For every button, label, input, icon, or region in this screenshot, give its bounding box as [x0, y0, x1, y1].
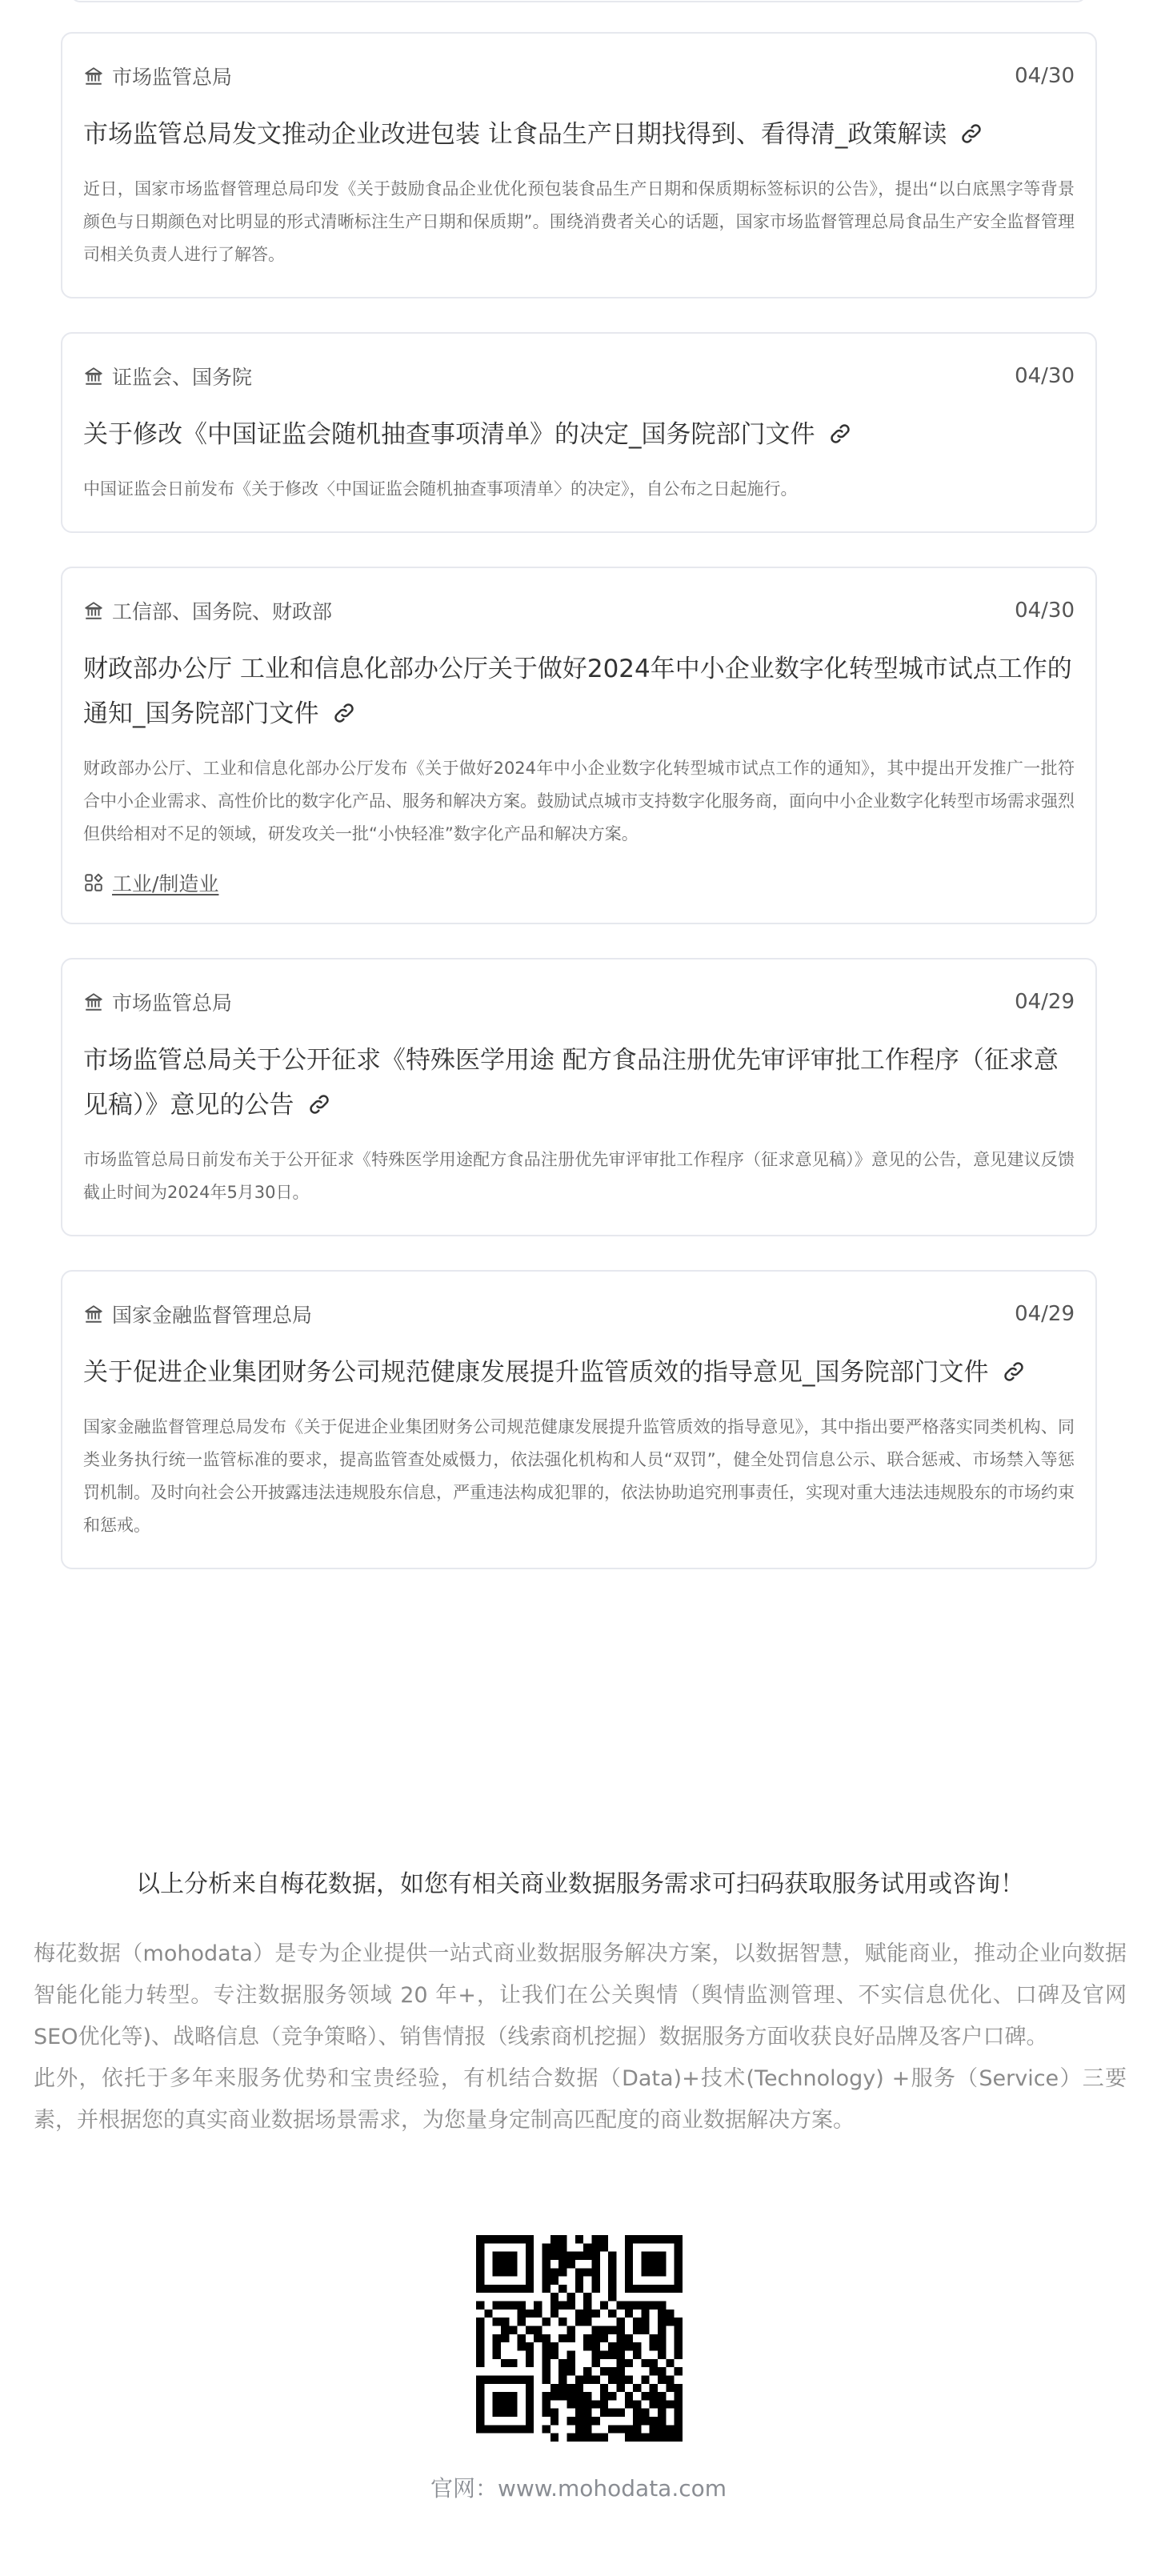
news-date: 04/30	[1015, 599, 1075, 623]
news-source: 市场监管总局	[83, 988, 232, 1016]
news-card: 证监会、国务院 04/30 关于修改《中国证监会随机抽查事项清单》的决定_国务院…	[61, 332, 1097, 533]
news-source: 工信部、国务院、财政部	[83, 596, 332, 625]
news-card: 市场监管总局 04/29 市场监管总局关于公开征求《特殊医学用途 配方食品注册优…	[61, 958, 1097, 1236]
news-title-link[interactable]: 关于修改《中国证监会随机抽查事项清单》的决定_国务院部门文件	[83, 412, 1075, 457]
bank-icon	[83, 1304, 104, 1324]
bank-icon	[83, 366, 104, 387]
link-icon[interactable]	[828, 422, 852, 446]
news-date: 04/29	[1015, 990, 1075, 1014]
qr-code	[476, 2235, 683, 2442]
news-title: 市场监管总局关于公开征求《特殊医学用途 配方食品注册优先审评审批工作程序（征求意…	[83, 1046, 1059, 1120]
news-date: 04/30	[1015, 64, 1075, 88]
news-summary: 中国证监会日前发布《关于修改〈中国证监会随机抽查事项清单〉的决定》，自公布之日起…	[83, 473, 1075, 506]
bank-icon	[83, 600, 104, 621]
source-label: 证监会、国务院	[112, 362, 252, 391]
footer: 以上分析来自梅花数据，如您有相关商业数据服务需求可扫码获取服务试用或咨询！ 梅花…	[34, 1865, 1127, 2141]
news-title-link[interactable]: 关于促进企业集团财务公司规范健康发展提升监管质效的指导意见_国务院部门文件	[83, 1350, 1075, 1395]
news-date: 04/30	[1015, 364, 1075, 388]
news-source: 证监会、国务院	[83, 362, 252, 391]
industry-tag[interactable]: 工业/制造业	[83, 868, 1075, 897]
footer-body: 梅花数据（mohodata）是专为企业提供一站式商业数据服务解决方案，以数据智慧…	[34, 1933, 1127, 2141]
source-label: 工信部、国务院、财政部	[112, 596, 332, 625]
news-title-link[interactable]: 市场监管总局发文推动企业改进包装 让食品生产日期找得到、看得清_政策解读	[83, 112, 1075, 157]
news-title: 关于修改《中国证监会随机抽查事项清单》的决定_国务院部门文件	[83, 420, 815, 449]
previous-card-edge	[70, 0, 1087, 2]
news-source: 国家金融监督管理总局	[83, 1300, 312, 1328]
news-title-link[interactable]: 市场监管总局关于公开征求《特殊医学用途 配方食品注册优先审评审批工作程序（征求意…	[83, 1038, 1075, 1128]
news-summary: 国家金融监督管理总局发布《关于促进企业集团财务公司规范健康发展提升监管质效的指导…	[83, 1411, 1075, 1542]
news-card: 市场监管总局 04/30 市场监管总局发文推动企业改进包装 让食品生产日期找得到…	[61, 32, 1097, 298]
news-source: 市场监管总局	[83, 62, 232, 90]
news-title: 市场监管总局发文推动企业改进包装 让食品生产日期找得到、看得清_政策解读	[83, 120, 947, 149]
news-summary: 财政部办公厅、工业和信息化部办公厅发布《关于做好2024年中小企业数字化转型城市…	[83, 752, 1075, 851]
company-services: 此外，依托于多年来服务优势和宝贵经验，有机结合数据（Data)+技术(Techn…	[34, 2058, 1127, 2141]
qr-code-image	[476, 2235, 683, 2442]
tag-label: 工业/制造业	[112, 868, 218, 897]
news-title: 财政部办公厅 工业和信息化部办公厅关于做好2024年中小企业数字化转型城市试点工…	[83, 655, 1072, 728]
bank-icon	[83, 992, 104, 1012]
news-card: 工信部、国务院、财政部 04/30 财政部办公厅 工业和信息化部办公厅关于做好2…	[61, 567, 1097, 924]
news-summary: 市场监管总局日前发布关于公开征求《特殊医学用途配方食品注册优先审评审批工作程序（…	[83, 1144, 1075, 1209]
source-label: 市场监管总局	[112, 62, 232, 90]
news-card: 国家金融监督管理总局 04/29 关于促进企业集团财务公司规范健康发展提升监管质…	[61, 1270, 1097, 1569]
news-title-link[interactable]: 财政部办公厅 工业和信息化部办公厅关于做好2024年中小企业数字化转型城市试点工…	[83, 647, 1075, 736]
bank-icon	[83, 66, 104, 86]
company-intro: 梅花数据（mohodata）是专为企业提供一站式商业数据服务解决方案，以数据智慧…	[34, 1933, 1127, 2058]
footer-heading: 以上分析来自梅花数据，如您有相关商业数据服务需求可扫码获取服务试用或咨询！	[34, 1865, 1127, 1905]
news-date: 04/29	[1015, 1302, 1075, 1326]
link-icon[interactable]	[959, 122, 983, 146]
link-icon[interactable]	[332, 701, 356, 725]
website-link[interactable]: 官网：www.mohodata.com	[0, 2471, 1157, 2503]
news-list: 市场监管总局 04/30 市场监管总局发文推动企业改进包装 让食品生产日期找得到…	[61, 32, 1097, 1603]
apps-icon	[83, 872, 104, 893]
link-icon[interactable]	[1002, 1360, 1026, 1384]
source-label: 国家金融监督管理总局	[112, 1300, 312, 1328]
source-label: 市场监管总局	[112, 988, 232, 1016]
news-summary: 近日，国家市场监督管理总局印发《关于鼓励食品企业优化预包装食品生产日期和保质期标…	[83, 173, 1075, 271]
news-title: 关于促进企业集团财务公司规范健康发展提升监管质效的指导意见_国务院部门文件	[83, 1358, 989, 1387]
link-icon[interactable]	[307, 1092, 331, 1116]
